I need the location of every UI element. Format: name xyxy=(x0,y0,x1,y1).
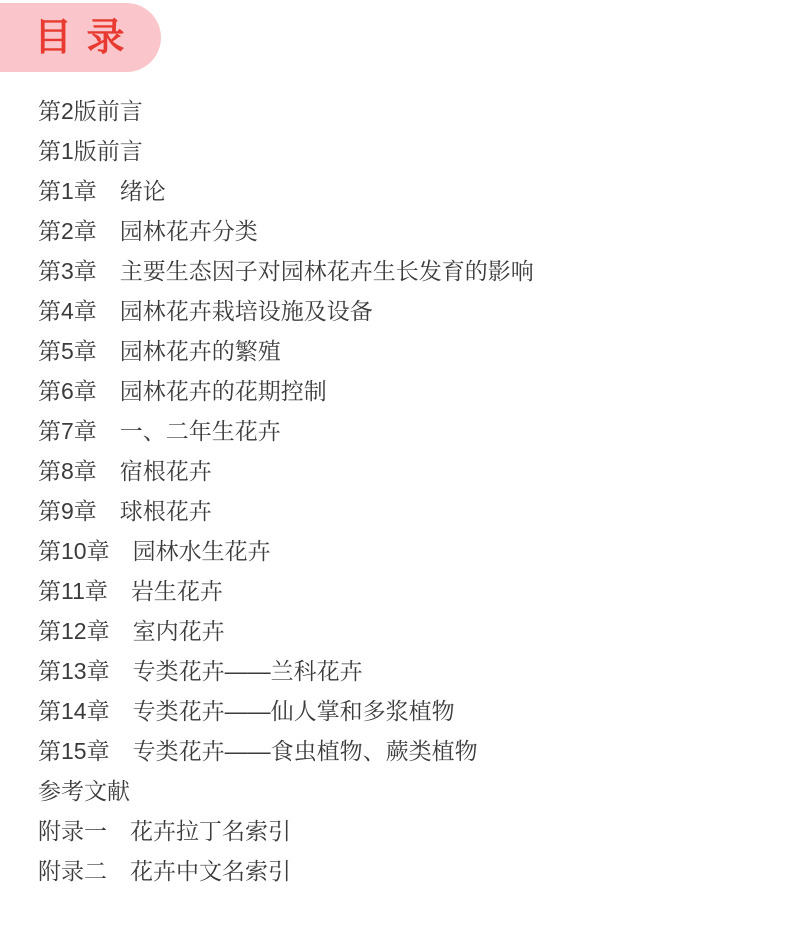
toc-item: 第15章 专类花卉——食虫植物、蕨类植物 xyxy=(38,731,770,771)
toc-item: 第11章 岩生花卉 xyxy=(38,571,770,611)
toc-item: 第9章 球根花卉 xyxy=(38,491,770,531)
toc-item: 第3章 主要生态因子对园林花卉生长发育的影响 xyxy=(38,251,770,291)
toc-header-label: 目 录 xyxy=(34,19,127,57)
toc-item: 第1章 绪论 xyxy=(38,171,770,211)
toc-item: 第8章 宿根花卉 xyxy=(38,451,770,491)
toc-item: 附录二 花卉中文名索引 xyxy=(38,851,770,891)
toc-list: 第2版前言第1版前言第1章 绪论第2章 园林花卉分类第3章 主要生态因子对园林花… xyxy=(38,91,770,891)
toc-header-badge: 目 录 xyxy=(0,3,161,72)
toc-item: 第14章 专类花卉——仙人掌和多浆植物 xyxy=(38,691,770,731)
toc-item: 第1版前言 xyxy=(38,131,770,171)
toc-item: 第13章 专类花卉——兰科花卉 xyxy=(38,651,770,691)
toc-item: 第6章 园林花卉的花期控制 xyxy=(38,371,770,411)
toc-item: 第10章 园林水生花卉 xyxy=(38,531,770,571)
toc-item: 第4章 园林花卉栽培设施及设备 xyxy=(38,291,770,331)
toc-item: 第12章 室内花卉 xyxy=(38,611,770,651)
toc-item: 附录一 花卉拉丁名索引 xyxy=(38,811,770,851)
toc-item: 第2章 园林花卉分类 xyxy=(38,211,770,251)
toc-item: 第7章 一、二年生花卉 xyxy=(38,411,770,451)
toc-item: 第2版前言 xyxy=(38,91,770,131)
toc-item: 第5章 园林花卉的繁殖 xyxy=(38,331,770,371)
toc-item: 参考文献 xyxy=(38,771,770,811)
